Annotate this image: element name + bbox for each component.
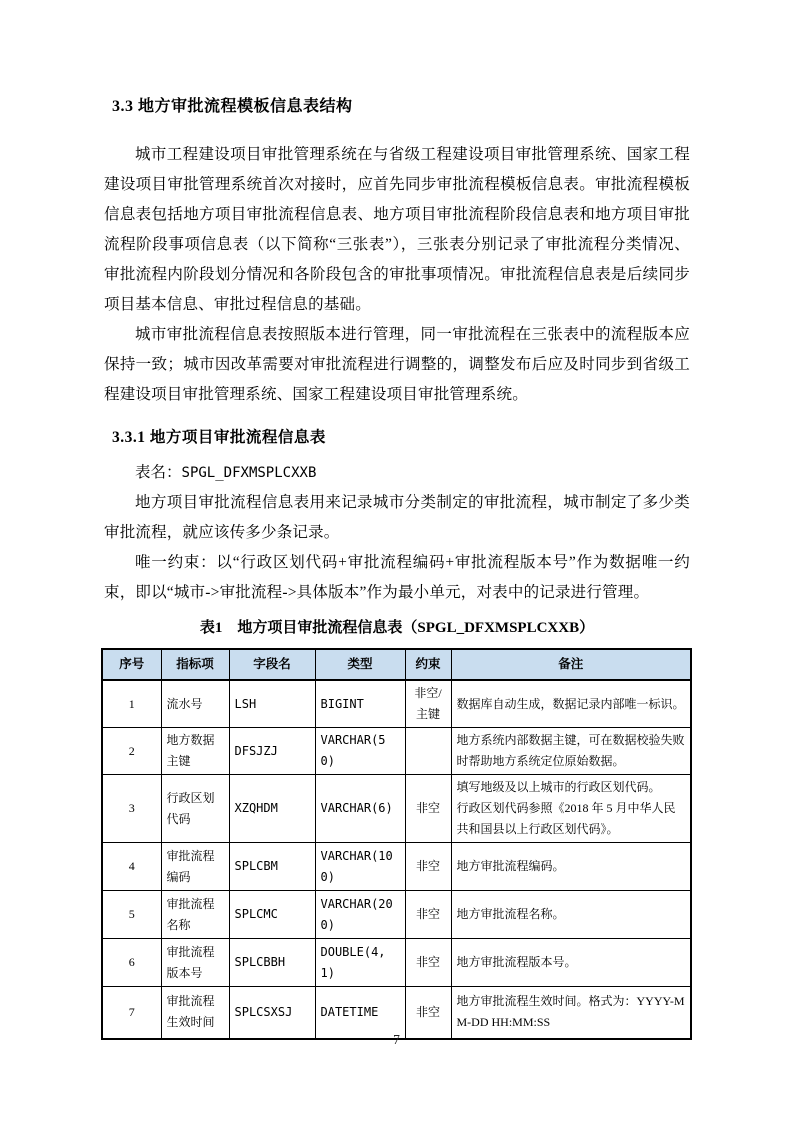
field-table-body: 1流水号LSHBIGINT非空/主键数据库自动生成，数据记录内部唯一标识。2地方… xyxy=(102,680,691,1039)
cell-no: 2 xyxy=(102,728,161,775)
remark-line: 行政区划代码参照《2018 年 5 月中华人民共和国县以上行政区划代码》。 xyxy=(457,798,686,840)
column-header-constraint: 约束 xyxy=(405,649,451,680)
subsection-heading: 3.3.1 地方项目审批流程信息表 xyxy=(112,428,690,448)
paragraph-unique-constraint: 唯一约束：以“行政区划代码+审批流程编码+审批流程版本号”作为数据唯一约束，即以… xyxy=(104,548,690,608)
field-definition-table: 序号 指标项 字段名 类型 约束 备注 1流水号LSHBIGINT非空/主键数据… xyxy=(101,648,692,1040)
paragraph-intro: 城市工程建设项目审批管理系统在与省级工程建设项目审批管理系统、国家工程建设项目审… xyxy=(104,140,690,320)
cell-remark: 地方系统内部数据主键，可在数据校验失败时帮助地方系统定位原始数据。 xyxy=(451,728,691,775)
cell-remark: 数据库自动生成，数据记录内部唯一标识。 xyxy=(451,680,691,728)
cell-no: 7 xyxy=(102,987,161,1039)
document-page: 3.3 地方审批流程模板信息表结构 城市工程建设项目审批管理系统在与省级工程建设… xyxy=(0,0,793,1122)
remark-line: 地方审批流程生效时间。格式为：YYYY-MM-DD HH:MM:SS xyxy=(457,991,686,1033)
remark-line: 填写地级及以上城市的行政区划代码。 xyxy=(457,777,686,798)
cell-type: VARCHAR(50) xyxy=(315,728,405,775)
remark-line: 地方系统内部数据主键，可在数据校验失败时帮助地方系统定位原始数据。 xyxy=(457,730,686,772)
section-heading: 3.3 地方审批流程模板信息表结构 xyxy=(112,96,690,118)
cell-item: 审批流程编码 xyxy=(161,843,229,891)
table-row: 6审批流程版本号SPLCBBHDOUBLE(4,1)非空地方审批流程版本号。 xyxy=(102,939,691,987)
cell-no: 3 xyxy=(102,775,161,843)
column-header-no: 序号 xyxy=(102,649,161,680)
cell-item: 审批流程生效时间 xyxy=(161,987,229,1039)
cell-type: BIGINT xyxy=(315,680,405,728)
table-header-row: 序号 指标项 字段名 类型 约束 备注 xyxy=(102,649,691,680)
table-row: 2地方数据主键DFSJZJVARCHAR(50)地方系统内部数据主键，可在数据校… xyxy=(102,728,691,775)
cell-field: XZQHDM xyxy=(229,775,315,843)
cell-type: DATETIME xyxy=(315,987,405,1039)
cell-constraint: 非空 xyxy=(405,843,451,891)
cell-remark: 地方审批流程版本号。 xyxy=(451,939,691,987)
remark-line: 地方审批流程版本号。 xyxy=(457,952,686,973)
cell-type: VARCHAR(100) xyxy=(315,843,405,891)
cell-no: 4 xyxy=(102,843,161,891)
table-name-value: SPGL_DFXMSPLCXXB xyxy=(182,465,317,481)
cell-constraint xyxy=(405,728,451,775)
table-name-label: 表名： xyxy=(135,464,182,481)
paragraph-record-rule: 地方项目审批流程信息表用来记录城市分类制定的审批流程，城市制定了多少类审批流程，… xyxy=(104,488,690,548)
cell-field: LSH xyxy=(229,680,315,728)
remark-line: 数据库自动生成，数据记录内部唯一标识。 xyxy=(457,694,686,715)
cell-item: 流水号 xyxy=(161,680,229,728)
cell-constraint: 非空/主键 xyxy=(405,680,451,728)
cell-remark: 地方审批流程生效时间。格式为：YYYY-MM-DD HH:MM:SS xyxy=(451,987,691,1039)
table-name-line: 表名：SPGL_DFXMSPLCXXB xyxy=(104,458,690,488)
cell-item: 审批流程名称 xyxy=(161,891,229,939)
table-row: 4审批流程编码SPLCBMVARCHAR(100)非空地方审批流程编码。 xyxy=(102,843,691,891)
column-header-item: 指标项 xyxy=(161,649,229,680)
table-caption: 表1 地方项目审批流程信息表（SPGL_DFXMSPLCXXB） xyxy=(104,616,690,640)
cell-constraint: 非空 xyxy=(405,891,451,939)
column-header-remark: 备注 xyxy=(451,649,691,680)
cell-type: VARCHAR(6) xyxy=(315,775,405,843)
cell-no: 5 xyxy=(102,891,161,939)
table-row: 5审批流程名称SPLCMCVARCHAR(200)非空地方审批流程名称。 xyxy=(102,891,691,939)
cell-item: 审批流程版本号 xyxy=(161,939,229,987)
page-content: 3.3 地方审批流程模板信息表结构 城市工程建设项目审批管理系统在与省级工程建设… xyxy=(0,0,793,1040)
remark-line: 地方审批流程名称。 xyxy=(457,904,686,925)
column-header-type: 类型 xyxy=(315,649,405,680)
remark-line: 地方审批流程编码。 xyxy=(457,856,686,877)
cell-constraint: 非空 xyxy=(405,987,451,1039)
cell-type: DOUBLE(4,1) xyxy=(315,939,405,987)
cell-no: 6 xyxy=(102,939,161,987)
cell-constraint: 非空 xyxy=(405,775,451,843)
cell-type: VARCHAR(200) xyxy=(315,891,405,939)
cell-field: SPLCBM xyxy=(229,843,315,891)
paragraph-version-management: 城市审批流程信息表按照版本进行管理，同一审批流程在三张表中的流程版本应保持一致；… xyxy=(104,320,690,410)
page-number: 7 xyxy=(0,1032,793,1048)
cell-field: SPLCBBH xyxy=(229,939,315,987)
column-header-field: 字段名 xyxy=(229,649,315,680)
cell-constraint: 非空 xyxy=(405,939,451,987)
cell-field: DFSJZJ xyxy=(229,728,315,775)
cell-field: SPLCSXSJ xyxy=(229,987,315,1039)
cell-no: 1 xyxy=(102,680,161,728)
cell-remark: 填写地级及以上城市的行政区划代码。行政区划代码参照《2018 年 5 月中华人民… xyxy=(451,775,691,843)
table-row: 7审批流程生效时间SPLCSXSJDATETIME非空地方审批流程生效时间。格式… xyxy=(102,987,691,1039)
table-row: 1流水号LSHBIGINT非空/主键数据库自动生成，数据记录内部唯一标识。 xyxy=(102,680,691,728)
cell-remark: 地方审批流程名称。 xyxy=(451,891,691,939)
cell-item: 行政区划代码 xyxy=(161,775,229,843)
cell-remark: 地方审批流程编码。 xyxy=(451,843,691,891)
cell-item: 地方数据主键 xyxy=(161,728,229,775)
table-row: 3行政区划代码XZQHDMVARCHAR(6)非空填写地级及以上城市的行政区划代… xyxy=(102,775,691,843)
cell-field: SPLCMC xyxy=(229,891,315,939)
